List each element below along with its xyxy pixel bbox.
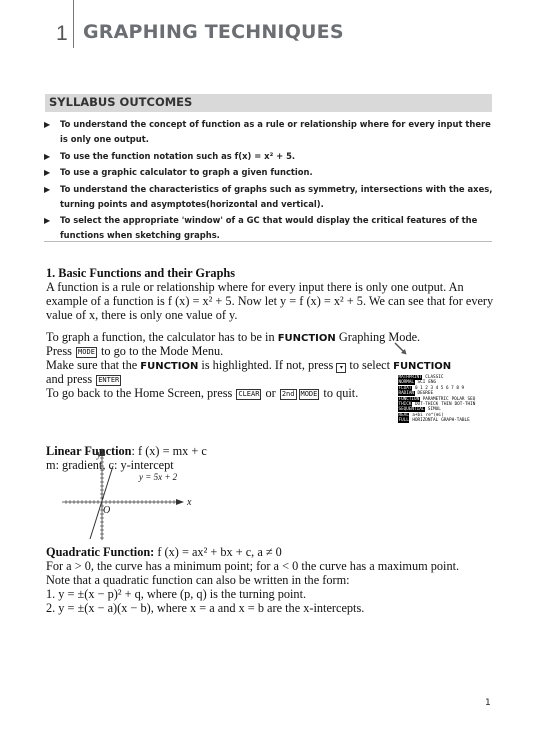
list-item: ▶To use a graphic calculator to graph a …: [44, 165, 494, 180]
mode-option: PARAMETRIC: [423, 397, 449, 402]
mode-key-icon: MODE: [76, 347, 97, 358]
second-key-icon: 2nd: [280, 389, 297, 400]
section-divider: [44, 241, 492, 242]
mode-option: GRAPH-TABLE: [441, 418, 469, 423]
calculator-mode-screen: MATHPRINTCLASSICNORMALSCIENGFLOAT0 1 2 3…: [398, 375, 496, 424]
mode-option: HORIZONTAL: [412, 418, 438, 423]
bullet-triangle-icon: ▶: [44, 149, 50, 164]
linear-graph: x y O y = 5x + 2: [62, 446, 202, 542]
svg-text:y: y: [96, 449, 102, 460]
list-item: ▶To use the function notation such as f(…: [44, 149, 494, 164]
bullet-triangle-icon: ▶: [44, 165, 50, 180]
selected-mode: FULL: [398, 418, 409, 423]
clear-key-icon: CLEAR: [236, 389, 261, 400]
section-title: 1. Basic Functions and their Graphs: [46, 266, 235, 280]
syllabus-outcomes-list: ▶To understand the concept of function a…: [44, 117, 494, 245]
selected-mode: REAL: [398, 413, 409, 418]
chapter-title: GRAPHING TECHNIQUES: [83, 21, 344, 43]
mode-key-icon: MODE: [299, 389, 320, 400]
mode-option: DEGREE: [418, 391, 434, 396]
selected-mode: FUNCTION: [398, 397, 420, 402]
mode-option: SCI: [418, 380, 426, 385]
chapter-number: 1: [56, 22, 68, 46]
down-arrow-key-icon: ▾: [336, 363, 346, 373]
mode-option: a+bi: [412, 413, 422, 418]
list-item: ▶To select the appropriate 'window' of a…: [44, 213, 494, 243]
quadratic-function-section: Quadratic Function: f (x) = ax² + bx + c…: [46, 545, 496, 615]
mode-option: re^(θi): [426, 413, 444, 418]
mode-option: POLAR: [452, 397, 465, 402]
section-body: A function is a rule or relationship whe…: [46, 280, 496, 322]
enter-key-icon: ENTER: [96, 375, 121, 386]
pointer-arrow-icon: [394, 342, 408, 356]
list-item: ▶To understand the concept of function a…: [44, 117, 494, 147]
calculator-mode-row: FULLHORIZONTALGRAPH-TABLE: [398, 418, 496, 423]
x-axis-arrow-icon: [176, 499, 184, 505]
list-item: ▶To understand the characteristics of gr…: [44, 182, 494, 212]
syllabus-title: SYLLABUS OUTCOMES: [49, 95, 192, 109]
calculator-instructions: To graph a function, the calculator has …: [46, 330, 406, 400]
selected-mode: RADIAN: [398, 391, 415, 396]
mode-option: SIMUL: [428, 407, 441, 412]
bullet-triangle-icon: ▶: [44, 117, 50, 132]
selected-mode: NORMAL: [398, 380, 415, 385]
document-page: 1 GRAPHING TECHNIQUES SYLLABUS OUTCOMES …: [0, 0, 537, 734]
bullet-triangle-icon: ▶: [44, 182, 50, 197]
bullet-triangle-icon: ▶: [44, 213, 50, 228]
page-number: 1: [485, 698, 491, 708]
svg-text:O: O: [103, 505, 110, 516]
svg-text:y = 5x + 2: y = 5x + 2: [138, 472, 178, 482]
mode-option: SEQ: [468, 397, 476, 402]
mode-option: THIN: [441, 402, 451, 407]
svg-text:x: x: [186, 497, 192, 508]
mode-option: DOT-THIN: [455, 402, 476, 407]
selected-mode: SEQUENTIAL: [398, 407, 425, 412]
mode-option: ENG: [428, 380, 436, 385]
chapter-divider: [73, 0, 74, 48]
